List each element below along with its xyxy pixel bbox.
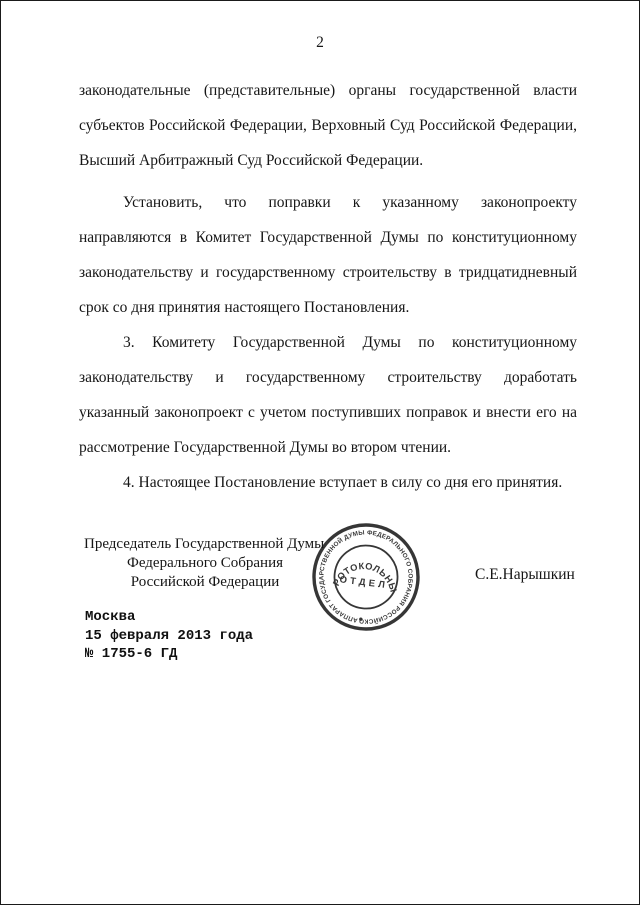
signer-title-line: Российской Федерации <box>84 573 326 592</box>
body-line: законодательству и государственному стро… <box>79 360 577 395</box>
body-line: 3. Комитету Государственной Думы по конс… <box>79 325 577 360</box>
paragraph: 4. Настоящее Постановление вступает в си… <box>79 465 577 500</box>
issue-number: № 1755-6 ГД <box>85 645 253 664</box>
paragraph: Установить, что поправки к указанному за… <box>79 185 577 325</box>
issue-date: 15 февраля 2013 года <box>85 627 253 646</box>
signer-title-line: Председатель Государственной Думы <box>84 535 326 554</box>
paragraph: законодательные (представительные) орган… <box>79 73 577 178</box>
body-line: законодательные (представительные) орган… <box>79 73 577 108</box>
body-line: Высший Арбитражный Суд Российской Федера… <box>79 143 577 178</box>
paragraph: 3. Комитету Государственной Думы по конс… <box>79 325 577 465</box>
body-line: срок со дня принятия настоящего Постанов… <box>79 290 577 325</box>
signer-title-line: Федерального Собрания <box>84 554 326 573</box>
body-line: Установить, что поправки к указанному за… <box>79 185 577 220</box>
body-line: указанный законопроект с учетом поступив… <box>79 395 577 430</box>
issue-details: Москва 15 февраля 2013 года № 1755-6 ГД <box>85 608 253 664</box>
signer-name: С.Е.Нарышкин <box>475 566 575 584</box>
body-line: направляются в Комитет Государственной Д… <box>79 220 577 255</box>
body-line: рассмотрение Государственной Думы во вто… <box>79 430 577 465</box>
issue-city: Москва <box>85 608 253 627</box>
body-line: законодательству и государственному стро… <box>79 255 577 290</box>
document-page: 2 законодательные (представительные) орг… <box>0 0 640 905</box>
page-number: 2 <box>1 34 639 52</box>
body-line: 4. Настоящее Постановление вступает в си… <box>79 465 577 500</box>
body-line: субъектов Российской Федерации, Верховны… <box>79 108 577 143</box>
signature-block: Председатель Государственной Думы Федера… <box>84 535 326 592</box>
document-body: законодательные (представительные) орган… <box>79 73 577 500</box>
protocol-department-stamp-icon: АППАРАТ ГОСУДАРСТВЕННОЙ ДУМЫ ФЕДЕРАЛЬНОГ… <box>304 515 428 639</box>
